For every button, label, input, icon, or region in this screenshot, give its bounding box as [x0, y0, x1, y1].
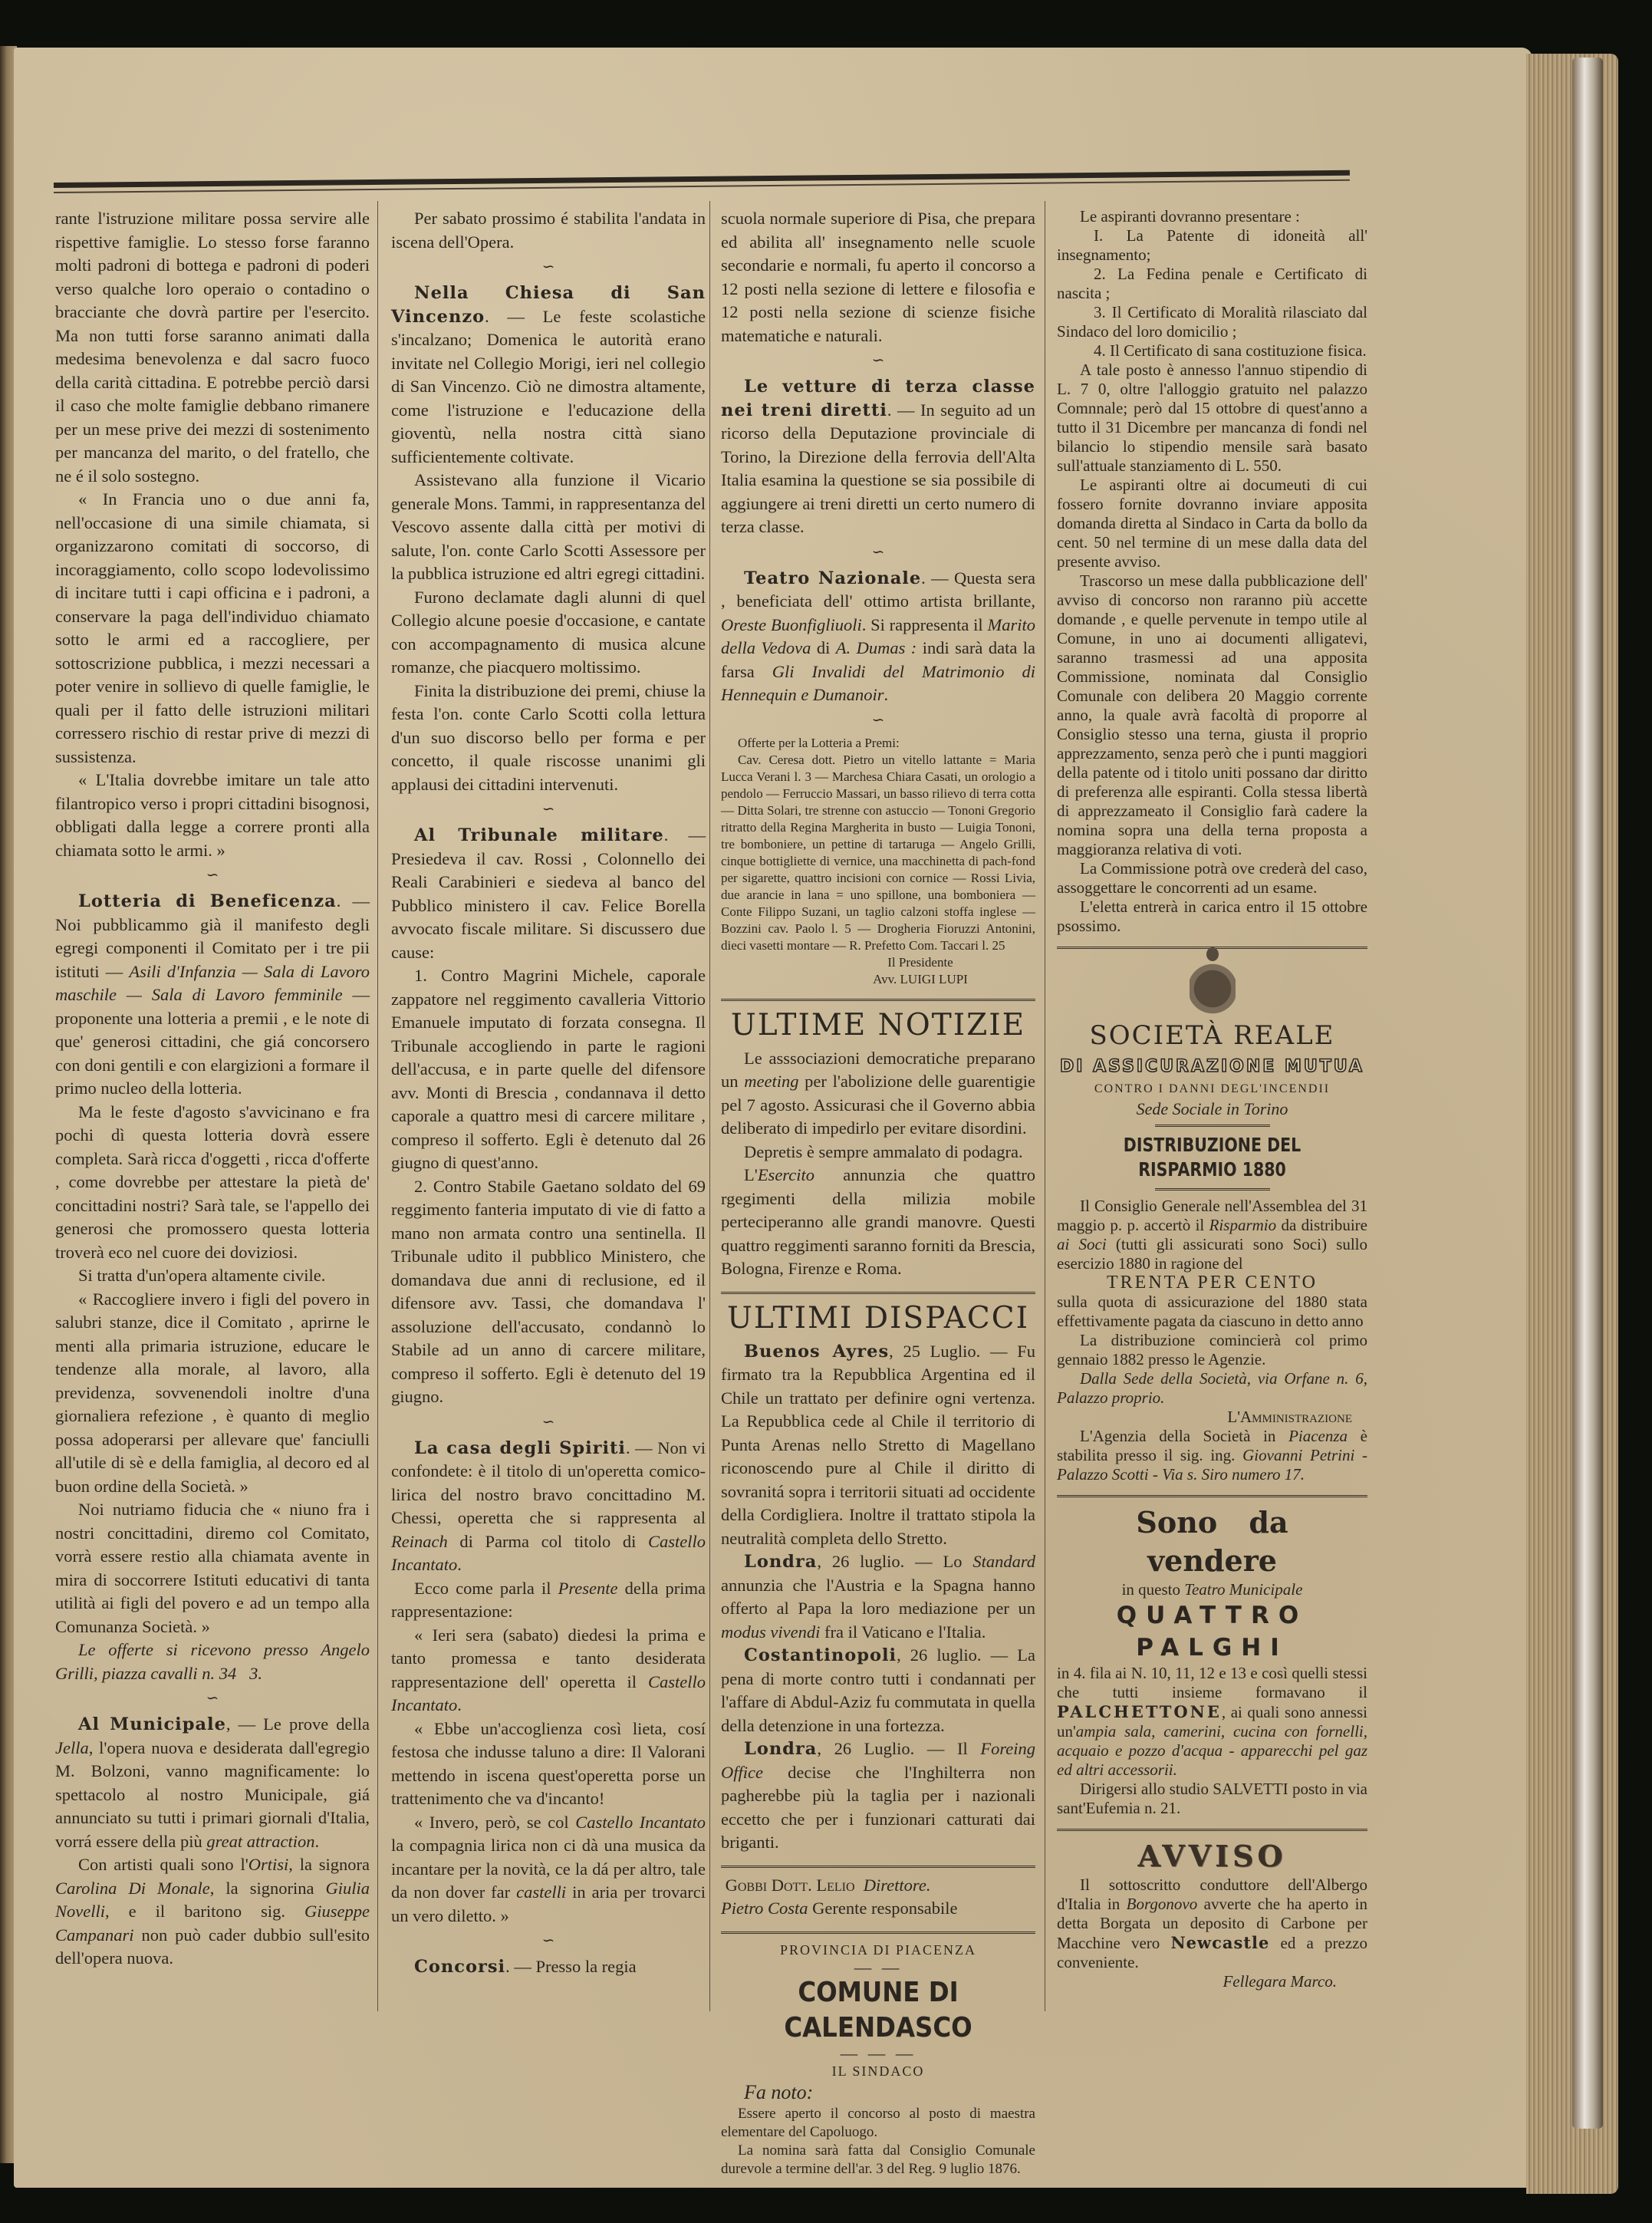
distribuzione-title: DISTRIBUZIONE DEL RISPARMIO 1880: [1084, 1133, 1339, 1182]
dispatch-location: Costantinopoli: [744, 1645, 897, 1665]
province-header: PROVINCIA DI PIACENZA: [721, 1940, 1035, 1960]
paragraph: Assistevano alla funzione il Vicario gen…: [391, 469, 706, 586]
article-vetture: Le vetture di terza classe nei treni dir…: [721, 375, 1035, 539]
short-rule: [1155, 1125, 1270, 1127]
paragraph: Le aspiranti oltre ai documeuti di cui f…: [1057, 476, 1367, 571]
paragraph: Dalla Sede della Società, via Orfane n. …: [1057, 1369, 1367, 1408]
article-municipale: Al Municipale, — Le prove della Jella, l…: [55, 1713, 370, 1853]
fa-noto: Fa noto:: [721, 2081, 1035, 2106]
column-3: scuola normale superiore di Pisa, che pr…: [721, 207, 1035, 2179]
paragraph: in 4. fila ai N. 10, 11, 12 e 13 e così …: [1057, 1664, 1367, 1780]
masthead-director: Gobbi Dott. Lelio Direttore.: [721, 1874, 1035, 1898]
dispatch-location: Londra: [744, 1552, 817, 1572]
fleuron-ornament: ∽: [721, 542, 1035, 562]
paragraph: Dirigersi allo studio SALVETTI posto in …: [1057, 1780, 1367, 1818]
article-casa-spiriti: La casa degli Spiriti. — Non vi confonde…: [391, 1437, 706, 1577]
section-rule: [1057, 1495, 1367, 1497]
sono-da-vendere-title: Sono da vendere: [1057, 1503, 1367, 1580]
calendasco-notice: Essere aperto il concorso al posto di ma…: [721, 2105, 1035, 2179]
column-divider: [377, 201, 378, 2011]
dispatch: Buenos Ayres, 25 Luglio. — Fu firmato tr…: [721, 1340, 1035, 1551]
paragraph: Si tratta d'un'opera altamente civile.: [55, 1264, 370, 1288]
column-divider: [1045, 201, 1045, 2011]
section-title-ultime-notizie: ULTIME NOTIZIE: [721, 1007, 1035, 1044]
coat-of-arms-icon: [1190, 955, 1236, 1016]
offers-title: Offerte per la Lotteria a Premi:: [721, 735, 1035, 752]
paragraph: Trascorso un mese dalla pubblicazione de…: [1057, 571, 1367, 859]
paragraph: rante l'istruzione militare possa servir…: [55, 207, 370, 488]
lottery-offers: Offerte per la Lotteria a Premi: Cav. Ce…: [721, 735, 1035, 954]
section-rule: [721, 1866, 1035, 1868]
trenta-per-cento: TRENTA PER CENTO: [1057, 1273, 1367, 1293]
paragraph: Le asssociazioni democratiche preparano …: [721, 1047, 1035, 1141]
paragraph: Con artisti quali sono l'Ortisi, la sign…: [55, 1853, 370, 1971]
article-heading: Al Tribunale militare: [414, 825, 664, 845]
paragraph: sulla quota di assicurazione del 1880 st…: [1057, 1293, 1367, 1331]
avviso-title: AVVISO: [1057, 1837, 1367, 1876]
sindaco-header: IL SINDACO: [721, 2061, 1035, 2081]
societa-title: SOCIETÀ REALE: [1057, 1019, 1367, 1052]
societa-contro: CONTRO I DANNI DEGL'INCENDII: [1057, 1079, 1367, 1099]
amministrazione-signature: L'Amministrazione: [1057, 1408, 1367, 1427]
article-teatro: Teatro Nazionale. — Questa sera , benefi…: [721, 567, 1035, 707]
paragraph: Noi nutriamo fiducia che « niuno fra i n…: [55, 1498, 370, 1638]
dispatch: Costantinopoli, 26 luglio. — La pena di …: [721, 1644, 1035, 1737]
paragraph: « Ieri sera (sabato) diedesi la prima e …: [391, 1624, 706, 1717]
paragraph: « Ebbe un'accoglienza così lieta, cosí f…: [391, 1717, 706, 1811]
paragraph: Il Consiglio Generale nell'Assemblea del…: [1057, 1197, 1367, 1273]
paragraph: L'eletta entrerà in carica entro il 15 o…: [1057, 897, 1367, 936]
fleuron-ornament: ∽: [55, 1688, 370, 1708]
dispatch-location: Londra: [744, 1739, 817, 1759]
signature-block: Il Presidente Avv. LUIGI LUPI: [721, 954, 1035, 988]
paragraph: Finita la distribuzione dei premi, chius…: [391, 680, 706, 797]
paragraph: Furono declamate dagli alunni di quel Co…: [391, 586, 706, 680]
paragraph: La Commissione potrà ove crederà del cas…: [1057, 859, 1367, 897]
paragraph: L'Agenzia della Società in Piacenza è st…: [1057, 1427, 1367, 1484]
section-rule: [721, 1292, 1035, 1294]
section-rule: [1057, 1829, 1367, 1831]
dash-separator: — — —: [721, 2046, 1035, 2061]
paragraph: « Invero, però, se col Castello Incantat…: [391, 1811, 706, 1928]
paragraph: A tale posto è annesso l'annuo stipendio…: [1057, 361, 1367, 476]
article-heading: Concorsi: [414, 1957, 505, 1977]
paragraph: L'Esercito annunzia che quattro rgegimen…: [721, 1164, 1035, 1281]
article-heading: Lotteria di Beneficenza: [78, 891, 337, 911]
offerte-note: Le offerte si ricevono presso Angelo Gri…: [55, 1638, 370, 1685]
article-concorsi: Concorsi. — Presso la regia: [391, 1955, 706, 1979]
column-1: rante l'istruzione militare possa servir…: [55, 207, 370, 1971]
column-2: Per sabato prossimo é stabilita l'andata…: [391, 207, 706, 1979]
requirement-item: I. La Patente di idoneità all' insegname…: [1057, 226, 1367, 265]
sono-subtitle: in questo Teatro Municipale: [1057, 1580, 1367, 1599]
paragraph: Le aspiranti dovranno presentare :: [1057, 207, 1367, 226]
masthead-manager: Pietro Costa Gerente responsabile: [721, 1897, 1035, 1921]
column-4: Le aspiranti dovranno presentare : I. La…: [1057, 207, 1367, 1991]
dash-separator: — —: [721, 1960, 1035, 1975]
article-lotteria: Lotteria di Beneficenza. — Noi pubblicam…: [55, 890, 370, 1101]
paragraph: La distribuzione comincierà col primo ge…: [1057, 1331, 1367, 1369]
comune-title: COMUNE DI CALENDASCO: [721, 1975, 1035, 2046]
article-chiesa: Nella Chiesa di San Vincenzo. — Le feste…: [391, 282, 706, 469]
fleuron-ornament: ∽: [391, 1931, 706, 1951]
dispatch: Londra, 26 luglio. — Lo Standard annunzi…: [721, 1550, 1035, 1644]
column-divider: [709, 201, 710, 2011]
quattro-palchi-title: QUATTRO PALGHI: [1057, 1599, 1367, 1664]
article-heading: La casa degli Spiriti: [414, 1438, 626, 1458]
dispatch-location: Buenos Ayres: [744, 1342, 889, 1362]
paragraph: Depretis è sempre ammalato di podagra.: [721, 1141, 1035, 1164]
article-tribunale: Al Tribunale militare. — Presiedeva il c…: [391, 824, 706, 964]
requirement-item: 3. Il Certificato di Moralità rilasciato…: [1057, 303, 1367, 341]
offers-list: Cav. Ceresa dott. Pietro un vitello latt…: [721, 752, 1035, 954]
paragraph: 1. Contro Magrini Michele, caporale zapp…: [391, 964, 706, 1175]
paragraph: Per sabato prossimo é stabilita l'andata…: [391, 207, 706, 254]
paragraph: « L'Italia dovrebbe imitare un tale atto…: [55, 769, 370, 862]
paragraph: 2. Contro Stabile Gaetano soldato del 69…: [391, 1175, 706, 1409]
paragraph: Il sottoscritto conduttore dell'Albergo …: [1057, 1876, 1367, 1972]
dispatch: Londra, 26 Luglio. — Il Foreing Office d…: [721, 1737, 1035, 1855]
section-rule: [721, 999, 1035, 1001]
requirement-item: 2. La Fedina penale e Certificato di nas…: [1057, 265, 1367, 303]
fleuron-ornament: ∽: [721, 710, 1035, 730]
section-title-ultimi-dispacci: ULTIMI DISPACCI: [721, 1300, 1035, 1337]
requirement-item: 4. Il Certificato di sana costituzione f…: [1057, 341, 1367, 361]
fleuron-ornament: ∽: [721, 351, 1035, 370]
article-heading: Al Municipale: [78, 1714, 226, 1734]
paragraph: Ma le feste d'agosto s'avvicinano e fra …: [55, 1101, 370, 1265]
paragraph: « In Francia uno o due anni fa, nell'occ…: [55, 488, 370, 769]
societa-sede: Sede Sociale in Torino: [1057, 1099, 1367, 1118]
societa-subtitle: DI ASSICURAZIONE MUTUA: [1057, 1055, 1367, 1079]
fleuron-ornament: ∽: [391, 1412, 706, 1432]
fleuron-ornament: ∽: [391, 799, 706, 819]
article-heading: Teatro Nazionale: [744, 568, 921, 588]
avviso-signature: Fellegara Marco.: [1057, 1972, 1367, 1991]
fleuron-ornament: ∽: [391, 257, 706, 277]
book-clip: [1572, 58, 1603, 2129]
section-rule: [721, 1932, 1035, 1934]
short-rule: [1155, 1188, 1270, 1191]
paragraph: Ecco come parla il Presente della prima …: [391, 1577, 706, 1624]
fleuron-ornament: ∽: [55, 865, 370, 885]
paragraph: scuola normale superiore di Pisa, che pr…: [721, 207, 1035, 347]
paragraph: « Raccogliere invero i figli del povero …: [55, 1288, 370, 1499]
